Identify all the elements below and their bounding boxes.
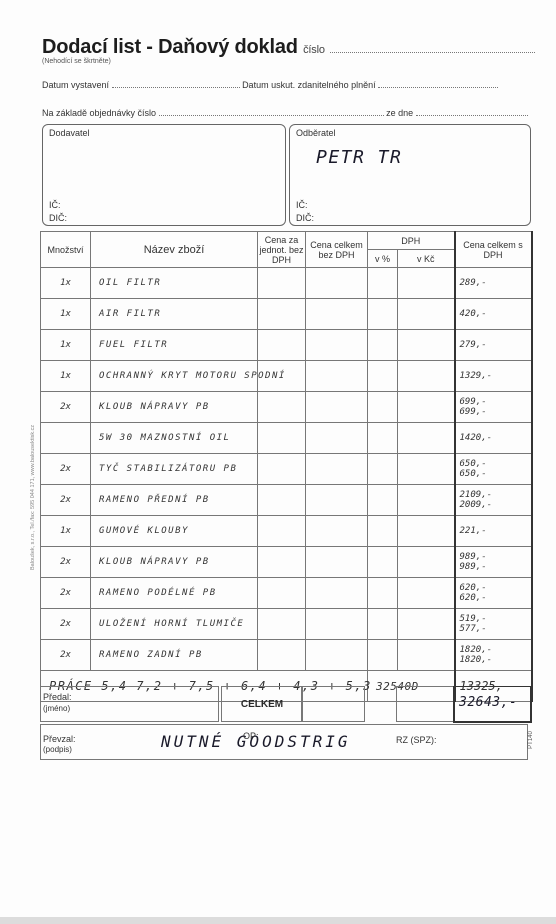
subtitle: (Nehodící se škrtněte) bbox=[42, 58, 111, 65]
cell-unit-price[interactable] bbox=[258, 423, 306, 454]
issue-date-field[interactable] bbox=[112, 87, 240, 88]
cell-total[interactable]: 1420,- bbox=[455, 423, 532, 454]
vat-total-cell bbox=[396, 686, 455, 722]
cell-total-no-vat[interactable] bbox=[306, 578, 368, 609]
customer-label: Odběratel bbox=[296, 128, 336, 138]
cell-vat-czk[interactable] bbox=[398, 516, 455, 547]
order-label: Na základě objednávky číslo bbox=[42, 108, 156, 118]
cell-name[interactable]: 5W 30 MAZNOSTNÍ OIL bbox=[91, 423, 258, 454]
title-text: Dodací list - Daňový doklad bbox=[42, 36, 298, 58]
taxable-date-label: Datum uskut. zdanitelného plnění bbox=[242, 80, 376, 90]
cell-total[interactable]: 1820,-1820,- bbox=[455, 640, 532, 671]
cell-name[interactable]: RAMENO ZADNÍ PB bbox=[91, 640, 258, 671]
cell-total-no-vat[interactable] bbox=[306, 268, 368, 299]
grand-total-cell[interactable]: 32643,- bbox=[453, 686, 532, 723]
order-row: Na základě objednávky číslo ze dne bbox=[42, 108, 528, 118]
cell-qty[interactable] bbox=[41, 423, 91, 454]
number-label: číslo bbox=[303, 44, 325, 56]
cell-vat-czk[interactable] bbox=[398, 268, 455, 299]
header-total-no-vat: Cena celkem bez DPH bbox=[306, 232, 368, 268]
cell-vat-czk[interactable] bbox=[398, 299, 455, 330]
cell-vat-czk[interactable] bbox=[398, 578, 455, 609]
cell-unit-price[interactable] bbox=[258, 640, 306, 671]
cell-name[interactable]: AIR FILTR bbox=[91, 299, 258, 330]
cell-qty[interactable]: 1x bbox=[41, 268, 91, 299]
cell-name[interactable]: OCHRANNÝ KRYT MOTORU SPODNÍ bbox=[91, 361, 258, 392]
customer-box: Odběratel PETR TR IČ: DIČ: bbox=[289, 124, 531, 226]
table-row: 2xKLOUB NÁPRAVY PB699,-699,- bbox=[41, 392, 532, 423]
cell-name[interactable]: RAMENO PŘEDNÍ PB bbox=[91, 485, 258, 516]
taxable-date-field[interactable] bbox=[378, 87, 498, 88]
header-vat-czk: v Kč bbox=[398, 250, 455, 268]
cell-name[interactable]: RAMENO PODÉLNÉ PB bbox=[91, 578, 258, 609]
cell-vat-pct[interactable] bbox=[368, 516, 398, 547]
header-unit-price: Cena za jednot. bez DPH bbox=[258, 232, 306, 268]
supplier-box: Dodavatel IČ: DIČ: bbox=[42, 124, 286, 226]
form-code: PT140 bbox=[528, 731, 534, 749]
cell-total-no-vat[interactable] bbox=[306, 609, 368, 640]
order-number-field[interactable] bbox=[159, 115, 384, 116]
cell-vat-pct[interactable] bbox=[368, 640, 398, 671]
table-row: 1xOIL FILTR289,- bbox=[41, 268, 532, 299]
receipt-box: Převzal: (podpis) NUTNÉ GOODSTRIG OP: RZ… bbox=[40, 724, 528, 760]
total-label: CELKEM bbox=[221, 686, 303, 722]
printer-info: Baloušek, s.r.o., Tel./fax: 595 044 171,… bbox=[30, 330, 36, 570]
table-row: 2xRAMENO PŘEDNÍ PB2109,-2009,- bbox=[41, 485, 532, 516]
received-label: Převzal: bbox=[43, 734, 76, 744]
supplier-ic-label: IČ: bbox=[49, 200, 61, 210]
cell-unit-price[interactable] bbox=[258, 454, 306, 485]
header-vat-pct: v % bbox=[368, 250, 398, 268]
cell-total-no-vat[interactable] bbox=[306, 485, 368, 516]
cell-vat-czk[interactable] bbox=[398, 454, 455, 485]
issue-date-label: Datum vystavení bbox=[42, 80, 109, 90]
cell-total[interactable]: 279,- bbox=[455, 330, 532, 361]
supplier-dic-label: DIČ: bbox=[49, 213, 67, 223]
cell-vat-pct[interactable] bbox=[368, 392, 398, 423]
cell-name[interactable]: FUEL FILTR bbox=[91, 330, 258, 361]
cell-vat-czk[interactable] bbox=[398, 423, 455, 454]
cell-qty[interactable]: 1x bbox=[41, 299, 91, 330]
cell-vat-pct[interactable] bbox=[368, 485, 398, 516]
cell-total-no-vat[interactable] bbox=[306, 299, 368, 330]
order-date-field[interactable] bbox=[416, 115, 528, 116]
table-row: 2xRAMENO ZADNÍ PB1820,-1820,- bbox=[41, 640, 532, 671]
cell-name[interactable]: GUMOVÉ KLOUBY bbox=[91, 516, 258, 547]
issue-date-row: Datum vystavení Datum uskut. zdanitelnéh… bbox=[42, 80, 498, 90]
cell-total-no-vat[interactable] bbox=[306, 454, 368, 485]
cell-vat-pct[interactable] bbox=[368, 454, 398, 485]
cell-total[interactable]: 1329,- bbox=[455, 361, 532, 392]
cell-name[interactable]: ULOŽENÍ HORNÍ TLUMIČE bbox=[91, 609, 258, 640]
cell-vat-pct[interactable] bbox=[368, 299, 398, 330]
cell-total[interactable]: 2109,-2009,- bbox=[455, 485, 532, 516]
cell-name[interactable]: OIL FILTR bbox=[91, 268, 258, 299]
cell-total[interactable]: 989,-989,- bbox=[455, 547, 532, 578]
cell-vat-czk[interactable] bbox=[398, 485, 455, 516]
cell-vat-czk[interactable] bbox=[398, 547, 455, 578]
order-date-label: ze dne bbox=[386, 108, 413, 118]
customer-ic-label: IČ: bbox=[296, 200, 308, 210]
cell-unit-price[interactable] bbox=[258, 516, 306, 547]
cell-unit-price[interactable] bbox=[258, 268, 306, 299]
table-row: 2xRAMENO PODÉLNÉ PB620,-620,- bbox=[41, 578, 532, 609]
cell-unit-price[interactable] bbox=[258, 485, 306, 516]
cell-vat-pct[interactable] bbox=[368, 423, 398, 454]
cell-unit-price[interactable] bbox=[258, 547, 306, 578]
cell-qty[interactable]: 2x bbox=[41, 578, 91, 609]
cell-vat-czk[interactable] bbox=[398, 392, 455, 423]
document-title: Dodací list - Daňový doklad číslo bbox=[42, 36, 535, 59]
op-label: OP: bbox=[243, 731, 259, 741]
cell-name[interactable]: KLOUB NÁPRAVY PB bbox=[91, 547, 258, 578]
cell-vat-czk[interactable] bbox=[398, 640, 455, 671]
header-qty: Množství bbox=[41, 232, 91, 268]
cell-total-no-vat[interactable] bbox=[306, 516, 368, 547]
summary-area: Předal: (jméno) CELKEM 32643,- bbox=[40, 686, 531, 722]
grand-total-value: 32643,- bbox=[459, 695, 517, 710]
handed-sub: (jméno) bbox=[43, 704, 70, 713]
cell-vat-pct[interactable] bbox=[368, 578, 398, 609]
page-bottom-edge bbox=[0, 917, 556, 924]
cell-total[interactable]: 420,- bbox=[455, 299, 532, 330]
received-sub: (podpis) bbox=[43, 745, 72, 754]
customer-dic-label: DIČ: bbox=[296, 213, 314, 223]
customer-name[interactable]: PETR TR bbox=[316, 147, 402, 168]
cell-total[interactable]: 699,-699,- bbox=[455, 392, 532, 423]
rz-label: RZ (SPZ): bbox=[396, 735, 437, 745]
cell-vat-pct[interactable] bbox=[368, 609, 398, 640]
cell-vat-pct[interactable] bbox=[368, 268, 398, 299]
cell-vat-czk[interactable] bbox=[398, 609, 455, 640]
cell-qty[interactable]: 2x bbox=[41, 392, 91, 423]
total-no-vat-cell bbox=[301, 686, 365, 722]
cell-vat-pct[interactable] bbox=[368, 547, 398, 578]
handed-label: Předal: bbox=[43, 692, 72, 702]
supplier-label: Dodavatel bbox=[49, 128, 90, 138]
cell-total-no-vat[interactable] bbox=[306, 361, 368, 392]
cell-name[interactable]: TYČ STABILIZÁTORU PB bbox=[91, 454, 258, 485]
number-field[interactable] bbox=[330, 52, 535, 53]
cell-total-no-vat[interactable] bbox=[306, 423, 368, 454]
handed-box: Předal: (jméno) bbox=[40, 686, 219, 722]
cell-qty[interactable]: 2x bbox=[41, 485, 91, 516]
cell-vat-czk[interactable] bbox=[398, 361, 455, 392]
cell-qty[interactable]: 2x bbox=[41, 547, 91, 578]
header-total-vat: Cena celkem s DPH bbox=[455, 232, 532, 268]
cell-vat-pct[interactable] bbox=[368, 361, 398, 392]
cell-qty[interactable]: 2x bbox=[41, 640, 91, 671]
cell-name[interactable]: KLOUB NÁPRAVY PB bbox=[91, 392, 258, 423]
table-row: 1xAIR FILTR420,- bbox=[41, 299, 532, 330]
cell-total[interactable]: 650,-650,- bbox=[455, 454, 532, 485]
cell-unit-price[interactable] bbox=[258, 330, 306, 361]
cell-qty[interactable]: 2x bbox=[41, 609, 91, 640]
table-row: 5W 30 MAZNOSTNÍ OIL1420,- bbox=[41, 423, 532, 454]
cell-qty[interactable]: 2x bbox=[41, 454, 91, 485]
cell-total-no-vat[interactable] bbox=[306, 640, 368, 671]
cell-unit-price[interactable] bbox=[258, 299, 306, 330]
cell-unit-price[interactable] bbox=[258, 392, 306, 423]
header-vat: DPH bbox=[368, 232, 455, 250]
table-row: 1xOCHRANNÝ KRYT MOTORU SPODNÍ1329,- bbox=[41, 361, 532, 392]
cell-vat-czk[interactable] bbox=[398, 330, 455, 361]
cell-unit-price[interactable] bbox=[258, 578, 306, 609]
table-row: 1xGUMOVÉ KLOUBY221,- bbox=[41, 516, 532, 547]
cell-qty[interactable]: 1x bbox=[41, 361, 91, 392]
items-table: Množství Název zboží Cena za jednot. bez… bbox=[40, 231, 533, 702]
cell-total[interactable]: 289,- bbox=[455, 268, 532, 299]
cell-total[interactable]: 221,- bbox=[455, 516, 532, 547]
table-row: 2xKLOUB NÁPRAVY PB989,-989,- bbox=[41, 547, 532, 578]
cell-qty[interactable]: 1x bbox=[41, 330, 91, 361]
header-name: Název zboží bbox=[91, 232, 258, 268]
table-row: 2xULOŽENÍ HORNÍ TLUMIČE519,-577,- bbox=[41, 609, 532, 640]
cell-unit-price[interactable] bbox=[258, 609, 306, 640]
cell-qty[interactable]: 1x bbox=[41, 516, 91, 547]
cell-vat-pct[interactable] bbox=[368, 330, 398, 361]
cell-total[interactable]: 519,-577,- bbox=[455, 609, 532, 640]
cell-total-no-vat[interactable] bbox=[306, 330, 368, 361]
cell-total[interactable]: 620,-620,- bbox=[455, 578, 532, 609]
table-row: 2xTYČ STABILIZÁTORU PB650,-650,- bbox=[41, 454, 532, 485]
cell-total-no-vat[interactable] bbox=[306, 392, 368, 423]
table-row: 1xFUEL FILTR279,- bbox=[41, 330, 532, 361]
cell-total-no-vat[interactable] bbox=[306, 547, 368, 578]
